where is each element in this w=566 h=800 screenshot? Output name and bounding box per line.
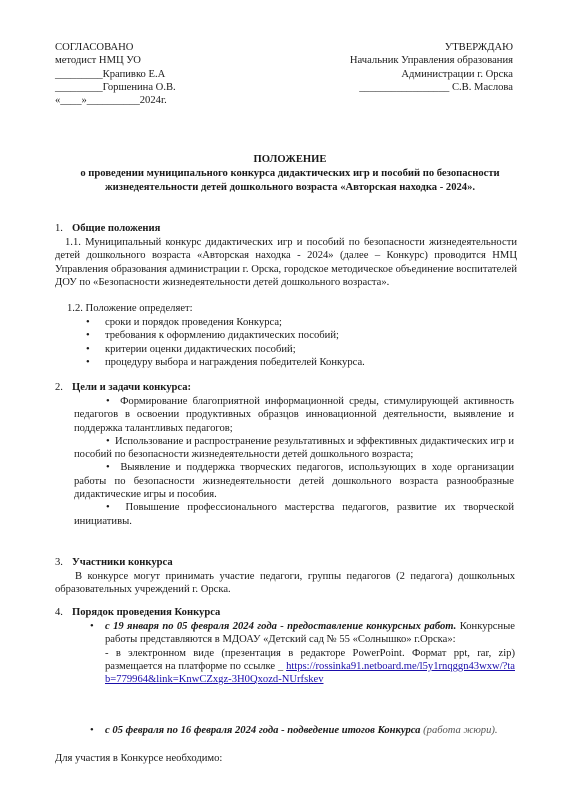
list-item: процедуру выбора и награждения победител…	[86, 356, 365, 369]
item-1-body: с 19 января по 05 февраля 2024 года - пр…	[105, 620, 515, 647]
participation-requirements-text: Для участия в Конкурсе необходимо:	[55, 752, 222, 765]
bullet-icon: •	[106, 396, 120, 407]
section-number: 3.	[55, 556, 72, 569]
document-title: ПОЛОЖЕНИЕ	[40, 153, 540, 166]
approval-title: СОГЛАСОВАНО	[55, 41, 176, 54]
section-1-2-paragraph: 1.2. Положение определяет:	[67, 302, 193, 315]
section-4-item-1: • с 19 января по 05 февраля 2024 года - …	[105, 620, 515, 686]
list-item: • Формирование благоприятной информацион…	[74, 395, 514, 435]
section-number: 4.	[55, 606, 72, 619]
list-item-text: Формирование благоприятной информационно…	[74, 396, 514, 434]
confirm-organization: Администрации г. Орска	[350, 68, 513, 81]
approval-block: СОГЛАСОВАНО методист НМЦ УО _________Кра…	[55, 41, 176, 107]
approval-date: «____»__________2024г.	[55, 94, 176, 107]
section-2-heading: 2.Цели и задачи конкурса:	[55, 381, 191, 394]
approval-signature-2: _________Горшенина О.В.	[55, 81, 176, 94]
document-subtitle-line2: жизнедеятельности детей дошкольного возр…	[40, 181, 540, 194]
section-2-list: • Формирование благоприятной информацион…	[74, 395, 514, 528]
section-title: Цели и задачи конкурса:	[72, 382, 191, 393]
list-item: • Повышение профессионального мастерства…	[74, 501, 514, 528]
document-subtitle-line1: о проведении муниципального конкурса дид…	[40, 167, 540, 180]
section-4-item-2: • с 05 февраля по 16 февраля 2024 года -…	[105, 724, 520, 737]
bullet-icon: •	[106, 502, 126, 513]
bullet-icon: •	[90, 620, 94, 633]
section-3-heading: 3.Участники конкурса	[55, 556, 173, 569]
section-number: 2.	[55, 381, 72, 394]
item-1-sub: - в электронном виде (презентация в реда…	[105, 647, 515, 687]
list-item: требования к оформлению дидактических по…	[86, 329, 365, 342]
list-item-text: Использование и распространение результа…	[74, 436, 514, 460]
list-item: сроки и порядок проведения Конкурса;	[86, 316, 365, 329]
approval-position: методист НМЦ УО	[55, 54, 176, 67]
section-title: Общие положения	[72, 223, 160, 234]
bullet-icon: •	[106, 436, 115, 447]
bullet-icon: •	[106, 462, 120, 473]
section-1-heading: 1.Общие положения	[55, 222, 160, 235]
item-1-dates: с 19 января по 05 февраля 2024 года - пр…	[105, 621, 456, 632]
list-item: критерии оценки дидактических пособий;	[86, 343, 365, 356]
confirm-signature: _________________ С.В. Маслова	[350, 81, 513, 94]
section-1-list: сроки и порядок проведения Конкурса; тре…	[86, 316, 365, 369]
list-item-text: Выявление и поддержка творческих педагог…	[74, 462, 514, 500]
section-title: Участники конкурса	[72, 557, 173, 568]
section-4-heading: 4.Порядок проведения Конкурса	[55, 606, 220, 619]
section-3-paragraph: В конкурсе могут принимать участие педаг…	[55, 570, 515, 597]
item-2-dates: с 05 февраля по 16 февраля 2024 года - п…	[105, 725, 420, 736]
section-number: 1.	[55, 222, 72, 235]
bullet-icon: •	[90, 724, 94, 737]
item-2-note: (работа жюри).	[423, 725, 497, 736]
section-1-1-paragraph: 1.1. Муниципальный конкурс дидактических…	[55, 236, 517, 289]
confirm-title: УТВЕРЖДАЮ	[350, 41, 513, 54]
confirm-position: Начальник Управления образования	[350, 54, 513, 67]
confirm-block: УТВЕРЖДАЮ Начальник Управления образован…	[350, 41, 513, 94]
list-item: • Выявление и поддержка творческих педаг…	[74, 461, 514, 501]
list-item-text: Повышение профессионального мастерства п…	[74, 502, 514, 526]
list-item: • Использование и распространение резуль…	[74, 435, 514, 462]
section-title: Порядок проведения Конкурса	[72, 607, 220, 618]
approval-signature-1: _________Крапивко Е.А	[55, 68, 176, 81]
item-2-body: с 05 февраля по 16 февраля 2024 года - п…	[105, 724, 520, 737]
